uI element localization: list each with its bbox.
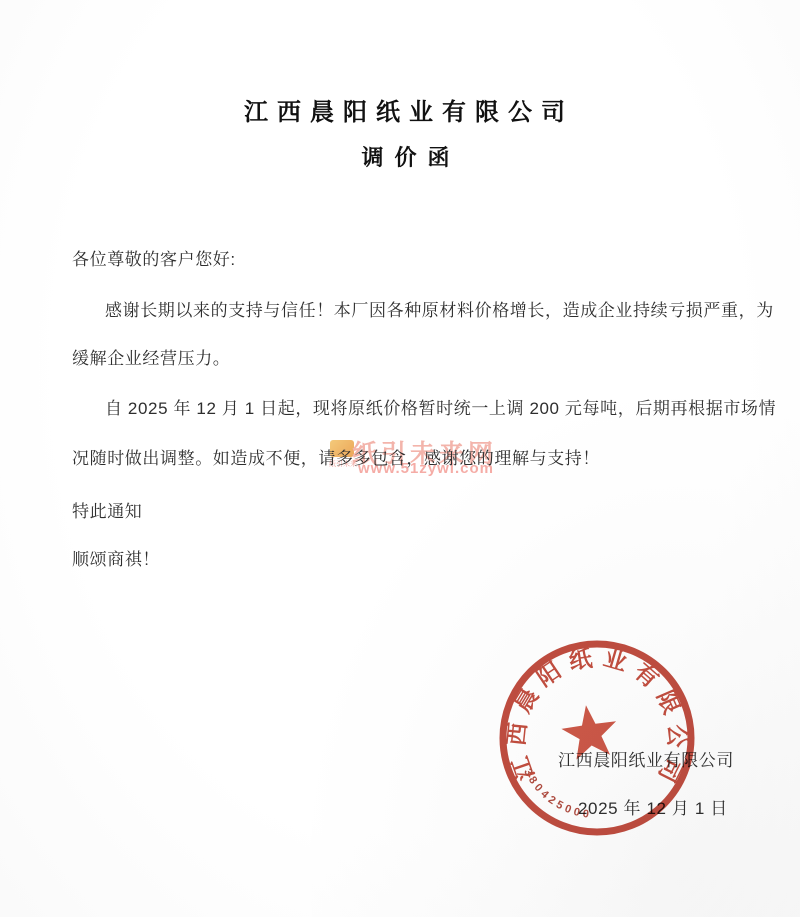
company-title: 江西晨阳纸业有限公司 [0,92,800,127]
salutation: 各位尊敬的客户您好: [72,245,236,270]
company-seal: 江西晨阳纸业有限公司 380425000 [487,628,707,848]
paragraph2-line2: 况随时做出调整。如造成不便，请多多包含，感谢您的理解与支持！ [72,444,600,469]
notice-line: 特此通知 [72,497,142,522]
seal-serial-number: 380425000 [521,767,593,821]
letter-page: 纸引未来 纸引未来网 www.51zywl.com 江西晨阳纸业有限公司 调价函… [0,0,800,917]
svg-text:380425000: 380425000 [521,767,593,821]
seal-star-icon [559,701,621,761]
document-title: 调价函 [0,141,800,172]
paragraph1-line1: 感谢长期以来的支持与信任！本厂因各种原材料价格增长，造成企业持续亏损严重，为 [105,296,774,321]
closing-line: 顺颂商祺！ [72,545,160,570]
paragraph2-line1: 自 2025 年 12 月 1 日起，现将原纸价格暂时统一上调 200 元每吨，… [105,394,776,419]
paragraph1-line2: 缓解企业经营压力。 [72,344,230,369]
